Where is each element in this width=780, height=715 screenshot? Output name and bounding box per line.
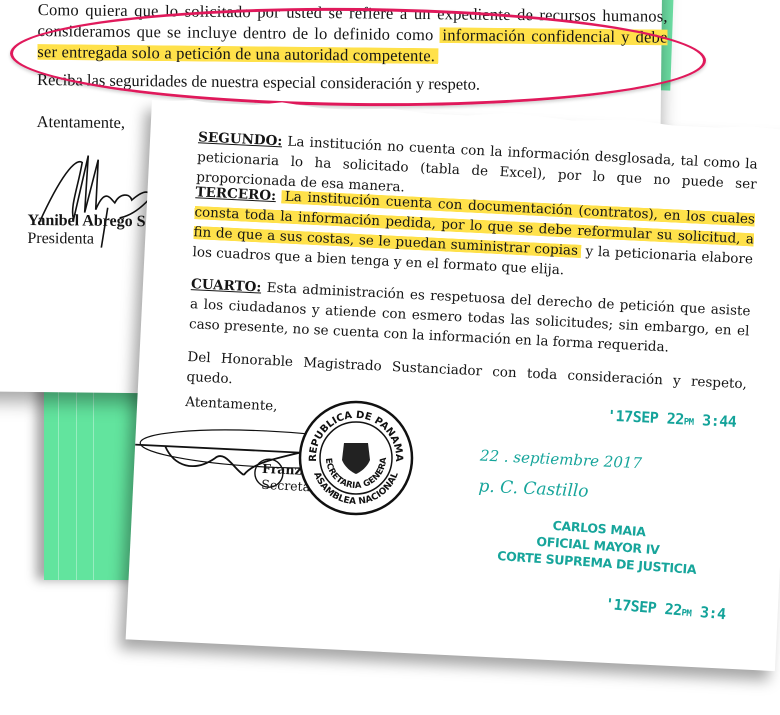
label-tercero: TERCERO: bbox=[195, 184, 276, 204]
signer-name: Yanibel Abrego S. bbox=[27, 212, 149, 231]
closing-text: Atentamente, bbox=[37, 112, 126, 133]
handwritten-signature: p. C. Castillo bbox=[478, 476, 589, 501]
document-collage: Como quiera que lo solicitado por usted … bbox=[0, 0, 780, 715]
handwritten-date: 22 . septiembre 2017 bbox=[480, 446, 643, 472]
label-segundo: SEGUNDO: bbox=[198, 129, 283, 149]
signer-role: Presidenta bbox=[27, 230, 94, 249]
label-cuarto: CUARTO: bbox=[191, 276, 262, 295]
letter-front: SEGUNDO: La institución no cuenta con la… bbox=[126, 100, 780, 671]
paragraph-cuarto: CUARTO: Esta administración es respetuos… bbox=[189, 274, 751, 361]
official-seal-icon: REPUBLICA DE PANAMA SECRETARIA GENERAL A… bbox=[296, 398, 416, 518]
text-cuarto: Esta administración es respetuosa del de… bbox=[189, 280, 751, 356]
